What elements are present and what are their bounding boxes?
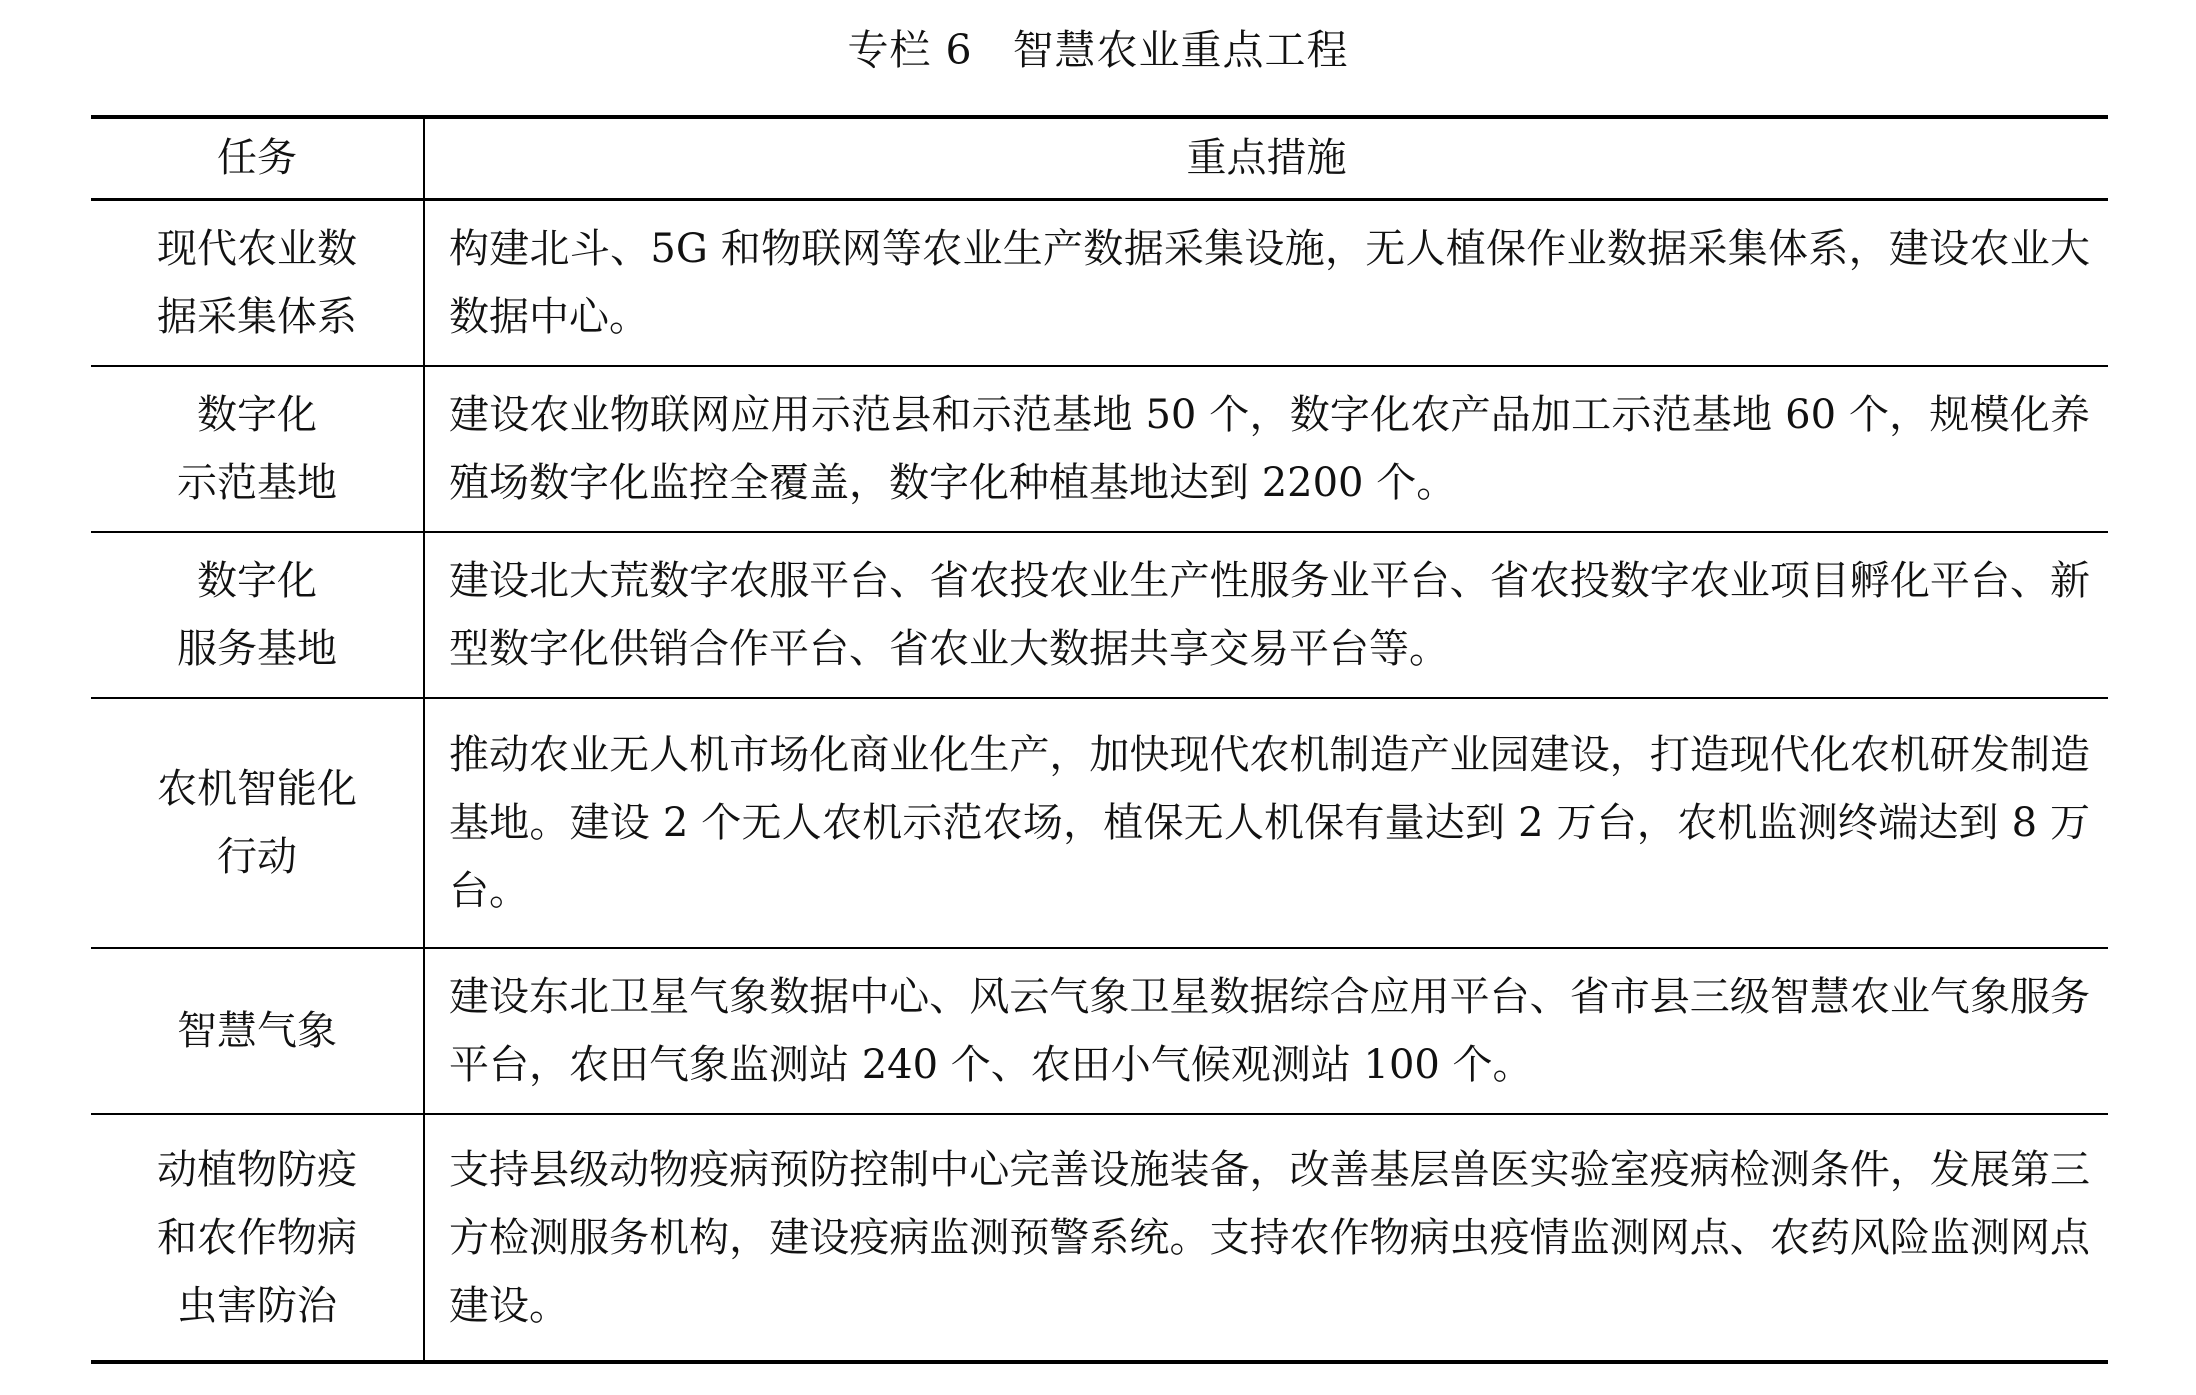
task-line: 智慧气象: [131, 997, 383, 1065]
task-cell: 农机智能化 行动: [91, 698, 424, 948]
task-line: 虫害防治: [131, 1272, 383, 1340]
task-line: 示范基地: [131, 449, 383, 517]
measure-cell: 推动农业无人机市场化商业化生产，加快现代农机制造产业园建设，打造现代化农机研发制…: [424, 698, 2108, 948]
table-row: 现代农业数 据采集体系 构建北斗、5G 和物联网等农业生产数据采集设施，无人植保…: [91, 199, 2108, 366]
table-row: 农机智能化 行动 推动农业无人机市场化商业化生产，加快现代农机制造产业园建设，打…: [91, 698, 2108, 948]
measure-cell: 建设北大荒数字农服平台、省农投农业生产性服务业平台、省农投数字农业项目孵化平台、…: [424, 532, 2108, 698]
header-measures: 重点措施: [424, 117, 2108, 199]
task-line: 现代农业数: [131, 215, 383, 283]
table-row: 数字化 服务基地 建设北大荒数字农服平台、省农投农业生产性服务业平台、省农投数字…: [91, 532, 2108, 698]
table-row: 动植物防疫 和农作物病 虫害防治 支持县级动物疫病预防控制中心完善设施装备，改善…: [91, 1114, 2108, 1362]
measure-cell: 构建北斗、5G 和物联网等农业生产数据采集设施，无人植保作业数据采集体系，建设农…: [424, 199, 2108, 366]
task-cell: 数字化 服务基地: [91, 532, 424, 698]
task-line: 数字化: [131, 547, 383, 615]
task-cell: 智慧气象: [91, 948, 424, 1114]
column-number: 专栏 6: [847, 26, 972, 74]
task-line: 服务基地: [131, 615, 383, 683]
measure-cell: 建设农业物联网应用示范县和示范基地 50 个，数字化农产品加工示范基地 60 个…: [424, 366, 2108, 532]
column-title-text: 智慧农业重点工程: [1013, 26, 1349, 74]
task-line: 动植物防疫: [131, 1136, 383, 1204]
task-line: 农机智能化: [131, 755, 383, 823]
task-cell: 数字化 示范基地: [91, 366, 424, 532]
measure-cell: 建设东北卫星气象数据中心、风云气象卫星数据综合应用平台、省市县三级智慧农业气象服…: [424, 948, 2108, 1114]
key-projects-table: 任务 重点措施 现代农业数 据采集体系 构建北斗、5G 和物联网等农业生产数据采…: [91, 115, 2108, 1364]
task-cell: 动植物防疫 和农作物病 虫害防治: [91, 1114, 424, 1362]
header-task: 任务: [91, 117, 424, 199]
table-title: 专栏 6智慧农业重点工程: [0, 22, 2196, 78]
table-row: 数字化 示范基地 建设农业物联网应用示范县和示范基地 50 个，数字化农产品加工…: [91, 366, 2108, 532]
task-line: 和农作物病: [131, 1204, 383, 1272]
table-row: 智慧气象 建设东北卫星气象数据中心、风云气象卫星数据综合应用平台、省市县三级智慧…: [91, 948, 2108, 1114]
task-line: 据采集体系: [131, 283, 383, 351]
task-line: 数字化: [131, 381, 383, 449]
measure-cell: 支持县级动物疫病预防控制中心完善设施装备，改善基层兽医实验室疫病检测条件，发展第…: [424, 1114, 2108, 1362]
task-cell: 现代农业数 据采集体系: [91, 199, 424, 366]
task-line: 行动: [131, 823, 383, 891]
table-header-row: 任务 重点措施: [91, 117, 2108, 199]
